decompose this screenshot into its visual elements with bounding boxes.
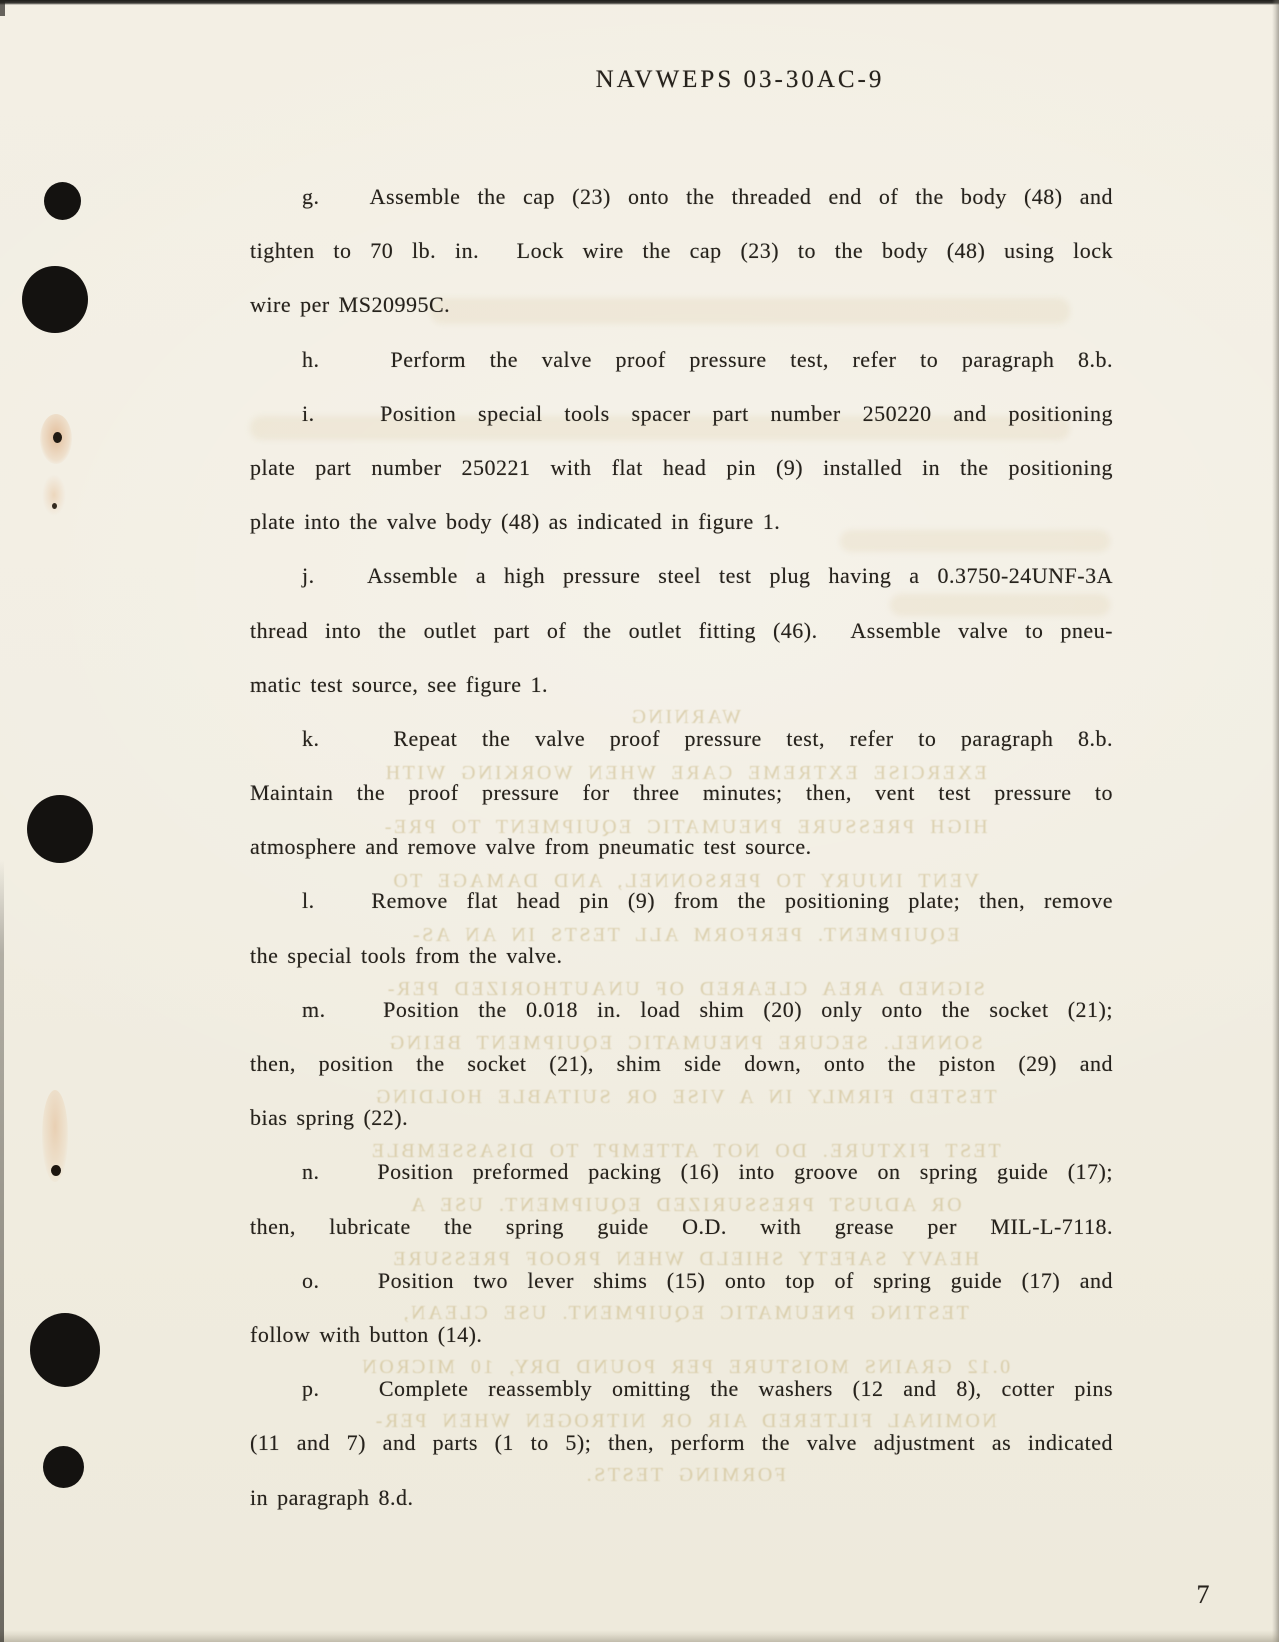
text-line: p. Complete reassembly omitting the wash… <box>250 1362 1113 1416</box>
text-line: h. Perform the valve proof pressure test… <box>250 333 1113 387</box>
punch-hole-mark <box>30 1313 100 1387</box>
text-line: wire per MS20995C. <box>250 278 1113 332</box>
text-line: atmosphere and remove valve from pneumat… <box>250 820 1113 874</box>
scan-edge-bottom <box>0 1630 1279 1642</box>
text-line: thread into the outlet part of the outle… <box>250 604 1113 658</box>
text-line: follow with button (14). <box>250 1308 1113 1362</box>
text-line: the special tools from the valve. <box>250 929 1113 983</box>
text-line: i. Position special tools spacer part nu… <box>250 387 1113 441</box>
text-line: n. Position preformed packing (16) into … <box>250 1145 1113 1199</box>
scan-edge-left-notch <box>0 0 5 16</box>
text-line: matic test source, see figure 1. <box>250 658 1113 712</box>
text-line: in paragraph 8.d. <box>250 1471 1113 1525</box>
punch-hole-mark <box>43 1446 84 1488</box>
text-line: j. Assemble a high pressure steel test p… <box>250 549 1113 603</box>
page-number: 7 <box>1188 1578 1218 1612</box>
scan-edge-right <box>1272 0 1279 1642</box>
text-line: plate into the valve body (48) as indica… <box>250 495 1113 549</box>
text-line: g. Assemble the cap (23) onto the thread… <box>250 170 1113 224</box>
stain-mark <box>42 474 66 516</box>
ink-speck <box>51 1165 61 1176</box>
body-text: g. Assemble the cap (23) onto the thread… <box>250 170 1113 1525</box>
text-line: (11 and 7) and parts (1 to 5); then, per… <box>250 1416 1113 1470</box>
text-line: then, position the socket (21), shim sid… <box>250 1037 1113 1091</box>
text-line: Maintain the proof pressure for three mi… <box>250 766 1113 820</box>
text-line: tighten to 70 lb. in. Lock wire the cap … <box>250 224 1113 278</box>
scan-edge-left <box>0 860 4 1642</box>
text-line: m. Position the 0.018 in. load shim (20)… <box>250 983 1113 1037</box>
text-line: k. Repeat the valve proof pressure test,… <box>250 712 1113 766</box>
doc-number-header: NAVWEPS 03-30AC-9 <box>570 62 910 98</box>
punch-hole-mark <box>44 182 81 220</box>
text-line: bias spring (22). <box>250 1091 1113 1145</box>
document-page: NAVWEPS 03-30AC-9 WARNING EXERCISE EXTRE… <box>0 0 1279 1642</box>
text-line: l. Remove flat head pin (9) from the pos… <box>250 874 1113 928</box>
text-line: o. Position two lever shims (15) onto to… <box>250 1254 1113 1308</box>
text-line: then, lubricate the spring guide O.D. wi… <box>250 1200 1113 1254</box>
text-line: plate part number 250221 with flat head … <box>250 441 1113 495</box>
scan-edge-top <box>0 0 1279 5</box>
punch-hole-mark <box>22 266 88 333</box>
ink-speck <box>53 432 62 443</box>
ink-speck <box>52 503 57 509</box>
punch-hole-mark <box>27 795 93 863</box>
